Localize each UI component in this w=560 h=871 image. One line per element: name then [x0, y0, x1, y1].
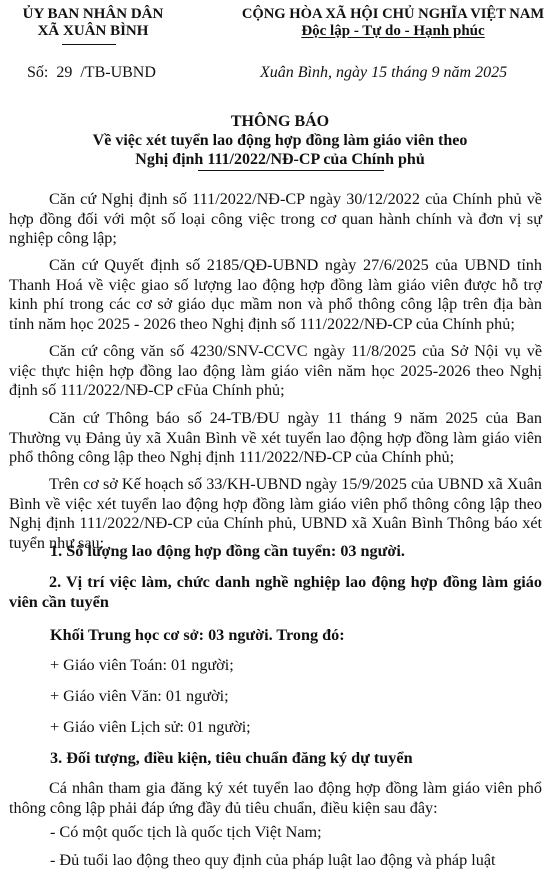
section-2-subheading: Khối Trung học cơ sở: 03 người. Trong đó…: [50, 626, 345, 646]
national-header: CỘNG HÒA XÃ HỘI CHỦ NGHĨA VIỆT NAM Độc l…: [226, 6, 560, 40]
document-number: Số: 29 /TB-UBND: [27, 64, 156, 82]
section-2-heading: 2. Vị trí việc làm, chức danh nghề nghiệ…: [9, 573, 542, 612]
place-and-date: Xuân Bình, ngày 15 tháng 9 năm 2025: [260, 64, 507, 82]
agency-underline: [62, 44, 116, 45]
legal-basis-paragraph: Căn cứ Thông báo số 24-TB/ĐU ngày 11 thá…: [9, 409, 542, 468]
position-item: + Giáo viên Toán: 01 người;: [50, 656, 234, 676]
motto: Độc lập - Tự do - Hạnh phúc: [226, 23, 560, 40]
position-item: + Giáo viên Văn: 01 người;: [50, 687, 229, 707]
legal-basis-paragraph: Căn cứ Quyết định số 2185/QĐ-UBND ngày 2…: [9, 256, 542, 334]
condition-item: - Đủ tuổi lao động theo quy định của phá…: [50, 851, 542, 871]
section-3-intro: Cá nhân tham gia đăng ký xét tuyển lao đ…: [9, 779, 542, 818]
document-subject-line-2: Nghị định 111/2022/NĐ-CP của Chính phủ: [0, 150, 560, 169]
condition-item: - Có một quốc tịch là quốc tịch Việt Nam…: [50, 823, 322, 843]
agency-line-2: XÃ XUÂN BÌNH: [0, 23, 186, 40]
legal-basis-paragraph: Căn cứ Nghị định số 111/2022/NĐ-CP ngày …: [9, 190, 542, 249]
national-title: CỘNG HÒA XÃ HỘI CHỦ NGHĨA VIỆT NAM: [226, 6, 560, 23]
section-3-heading: 3. Đối tượng, điều kiện, tiêu chuẩn đăng…: [50, 749, 413, 769]
issuing-agency: ỦY BAN NHÂN DÂN XÃ XUÂN BÌNH: [0, 6, 186, 40]
legal-basis-paragraph: Căn cứ công văn số 4230/SNV-CCVC ngày 11…: [9, 342, 542, 401]
document-subject-line-1: Về việc xét tuyển lao động hợp đồng làm …: [0, 131, 560, 150]
section-1-heading: 1. Số lượng lao động hợp đồng cần tuyển:…: [50, 542, 405, 562]
position-item: + Giáo viên Lịch sử: 01 người;: [50, 718, 251, 738]
title-underline: [198, 170, 384, 171]
agency-name: XUÂN BÌNH: [63, 23, 148, 39]
document-heading: THÔNG BÁO: [0, 112, 560, 131]
agency-line-1: ỦY BAN NHÂN DÂN: [0, 6, 186, 23]
